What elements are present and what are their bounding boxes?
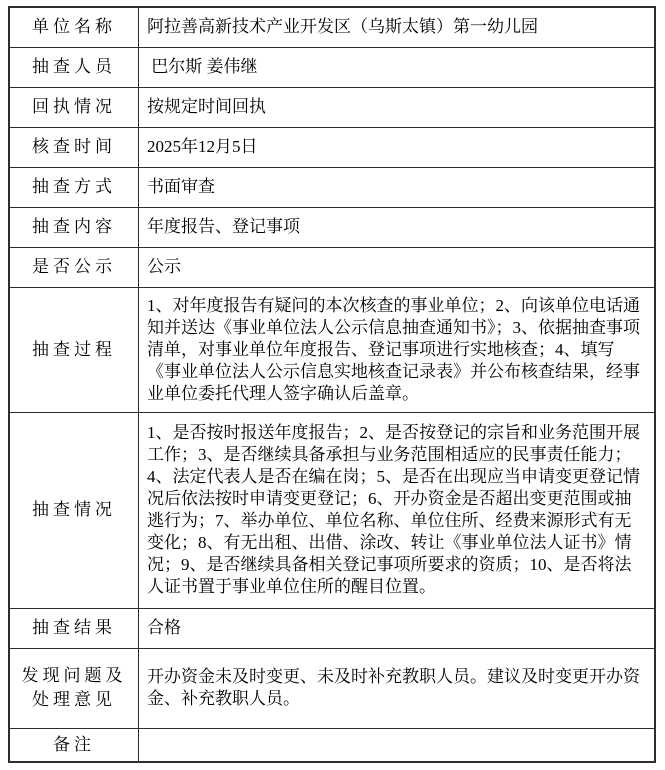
value-inspection-result: 合格 <box>139 608 656 648</box>
label-inspection-process: 抽查过程 <box>9 287 139 412</box>
value-problems-and-opinions: 开办资金未及时变更、未及时补充教职人员。建议及时变更开办资金、补充教职人员。 <box>139 648 656 728</box>
label-receipt-status: 回执情况 <box>9 87 139 127</box>
label-remarks: 备注 <box>9 728 139 762</box>
value-inspectors: 巴尔斯 姜伟继 <box>139 47 656 87</box>
label-verification-date: 核查时间 <box>9 127 139 167</box>
label-inspection-content: 抽查内容 <box>9 207 139 247</box>
label-problems-and-opinions: 发现问题及 处理意见 <box>9 648 139 728</box>
label-is-public: 是否公示 <box>9 247 139 287</box>
table-row-verification-date: 核查时间 2025年12月5日 <box>9 127 655 167</box>
table-row-receipt-status: 回执情况 按规定时间回执 <box>9 87 655 127</box>
value-inspection-process: 1、对年度报告有疑问的本次核查的事业单位；2、向该单位电话通知并送达《事业单位法… <box>139 287 656 412</box>
value-remarks <box>139 728 656 762</box>
table-row-inspection-method: 抽查方式 书面审查 <box>9 167 655 207</box>
table-row-is-public: 是否公示 公示 <box>9 247 655 287</box>
table-row-remarks: 备注 <box>9 728 655 762</box>
value-inspection-findings: 1、是否按时报送年度报告；2、是否按登记的宗旨和业务范围开展工作；3、是否继续具… <box>139 412 656 608</box>
value-is-public: 公示 <box>139 247 656 287</box>
table-row-inspectors: 抽查人员 巴尔斯 姜伟继 <box>9 47 655 87</box>
page: 单位名称 阿拉善高新技术产业开发区（乌斯太镇）第一幼儿园 抽查人员 巴尔斯 姜伟… <box>0 0 665 770</box>
value-verification-date: 2025年12月5日 <box>139 127 656 167</box>
value-inspection-content: 年度报告、登记事项 <box>139 207 656 247</box>
value-inspection-method: 书面审查 <box>139 167 656 207</box>
inspection-record-table: 单位名称 阿拉善高新技术产业开发区（乌斯太镇）第一幼儿园 抽查人员 巴尔斯 姜伟… <box>8 6 656 763</box>
table-row-inspection-process: 抽查过程 1、对年度报告有疑问的本次核查的事业单位；2、向该单位电话通知并送达《… <box>9 287 655 412</box>
label-inspection-method: 抽查方式 <box>9 167 139 207</box>
table-row-inspection-result: 抽查结果 合格 <box>9 608 655 648</box>
label-inspection-result: 抽查结果 <box>9 608 139 648</box>
label-unit-name: 单位名称 <box>9 7 139 47</box>
table-row-inspection-content: 抽查内容 年度报告、登记事项 <box>9 207 655 247</box>
table-row-inspection-findings: 抽查情况 1、是否按时报送年度报告；2、是否按登记的宗旨和业务范围开展工作；3、… <box>9 412 655 608</box>
value-receipt-status: 按规定时间回执 <box>139 87 656 127</box>
value-unit-name: 阿拉善高新技术产业开发区（乌斯太镇）第一幼儿园 <box>139 7 656 47</box>
label-inspectors: 抽查人员 <box>9 47 139 87</box>
table-row-unit-name: 单位名称 阿拉善高新技术产业开发区（乌斯太镇）第一幼儿园 <box>9 7 655 47</box>
table-row-problems-and-opinions: 发现问题及 处理意见 开办资金未及时变更、未及时补充教职人员。建议及时变更开办资… <box>9 648 655 728</box>
label-inspection-findings: 抽查情况 <box>9 412 139 608</box>
